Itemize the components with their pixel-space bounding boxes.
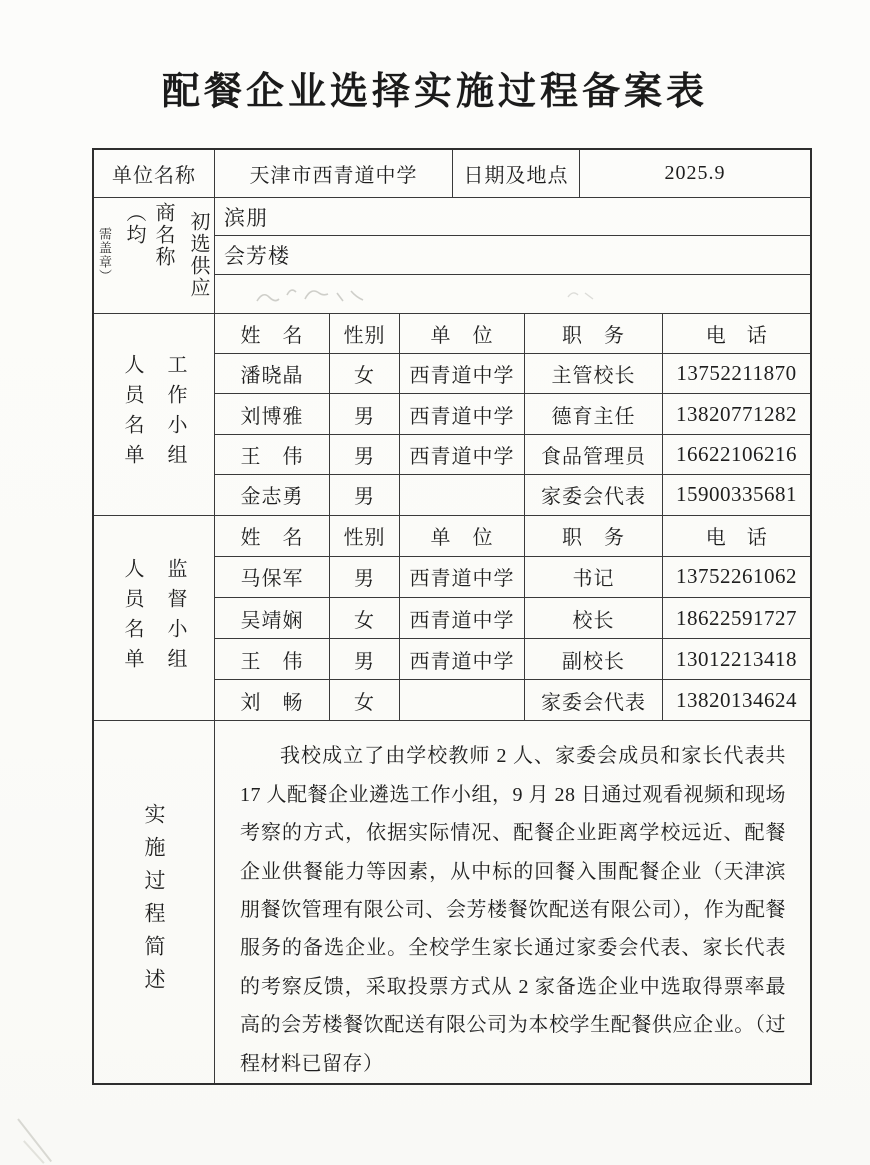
process-summary-text: 我校成立了由学校教师 2 人、家委会成员和家长代表共 17 人配餐企业遴选工作小… (240, 737, 786, 1083)
member-unit: 西青道中学 (400, 639, 525, 679)
col-header-unit: 单 位 (400, 314, 525, 353)
table-row: 金志勇 男 家委会代表 15900335681 (215, 475, 810, 514)
col-header-name: 姓 名 (215, 516, 330, 556)
member-phone: 13752261062 (663, 557, 810, 597)
col-header-duty: 职 务 (525, 516, 663, 556)
member-name: 吴靖娴 (215, 598, 330, 638)
work-group-rows: 姓 名 性别 单 位 职 务 电 话 潘晓晶 女 西青道中学 主管校长 1375… (215, 314, 810, 515)
date-place-value: 2025.9 (580, 150, 810, 197)
supplier-label-col-stamp: 需盖章） (95, 227, 114, 283)
member-duty: 家委会代表 (525, 475, 663, 514)
col-header-duty: 职 务 (525, 314, 663, 353)
col-header-unit: 单 位 (400, 516, 525, 556)
member-duty: 家委会代表 (525, 680, 663, 720)
member-duty: 副校长 (525, 639, 663, 679)
member-phone: 15900335681 (663, 475, 810, 514)
pencil-smudge-small (565, 285, 605, 303)
work-group-label: 人员名单 工作小组 (94, 314, 215, 515)
member-unit: 西青道中学 (400, 394, 525, 433)
member-unit: 西青道中学 (400, 557, 525, 597)
member-sex: 男 (330, 475, 400, 514)
page-title: 配餐企业选择实施过程备案表 (0, 60, 870, 115)
member-sex: 男 (330, 557, 400, 597)
supplier-section-label: 需盖章） 商名称（均 初选供应 (94, 198, 215, 313)
supplier-section: 需盖章） 商名称（均 初选供应 滨朋 会芳楼 (94, 198, 810, 314)
table-row: 马保军 男 西青道中学 书记 13752261062 (215, 557, 810, 598)
supervision-group-label-right: 监督小组 (161, 558, 190, 678)
col-header-phone: 电 话 (663, 314, 810, 353)
member-unit (400, 680, 525, 720)
unit-name-label: 单位名称 (94, 150, 215, 197)
member-unit: 西青道中学 (400, 354, 525, 393)
unit-row: 单位名称 天津市西青道中学 日期及地点 2025.9 (94, 150, 810, 198)
process-summary-body: 我校成立了由学校教师 2 人、家委会成员和家长代表共 17 人配餐企业遴选工作小… (215, 721, 810, 1083)
work-group-label-left: 人员名单 (118, 354, 147, 474)
supplier-rows: 滨朋 会芳楼 (215, 198, 810, 313)
member-unit (400, 475, 525, 514)
member-name: 金志勇 (215, 475, 330, 514)
member-name: 潘晓晶 (215, 354, 330, 393)
table-row: 潘晓晶 女 西青道中学 主管校长 13752211870 (215, 354, 810, 394)
member-unit: 西青道中学 (400, 435, 525, 474)
member-duty: 德育主任 (525, 394, 663, 433)
member-duty: 主管校长 (525, 354, 663, 393)
member-sex: 男 (330, 394, 400, 433)
member-sex: 女 (330, 598, 400, 638)
member-sex: 男 (330, 435, 400, 474)
process-summary-label-text: 实施过程简述 (139, 803, 169, 1001)
col-header-sex: 性别 (330, 516, 400, 556)
supplier-row-1: 滨朋 (215, 198, 810, 237)
member-phone: 13820771282 (663, 394, 810, 433)
table-row: 王 伟 男 西青道中学 副校长 13012213418 (215, 639, 810, 680)
table-row: 刘 畅 女 家委会代表 13820134624 (215, 680, 810, 720)
supervision-group-section: 人员名单 监督小组 姓 名 性别 单 位 职 务 电 话 马保军 男 西青道中学… (94, 516, 810, 722)
member-name: 王 伟 (215, 639, 330, 679)
date-place-label: 日期及地点 (453, 150, 580, 197)
process-summary-section: 实施过程简述 我校成立了由学校教师 2 人、家委会成员和家长代表共 17 人配餐… (94, 721, 810, 1083)
supplier-row-3-empty (215, 275, 810, 313)
member-name: 王 伟 (215, 435, 330, 474)
col-header-phone: 电 话 (663, 516, 810, 556)
process-summary-label: 实施过程简述 (94, 721, 215, 1083)
member-name: 刘博雅 (215, 394, 330, 433)
work-group-label-right: 工作小组 (161, 354, 190, 474)
member-phone: 13752211870 (663, 354, 810, 393)
table-row: 王 伟 男 西青道中学 食品管理员 16622106216 (215, 435, 810, 475)
col-header-name: 姓 名 (215, 314, 330, 353)
table-row: 刘博雅 男 西青道中学 德育主任 13820771282 (215, 394, 810, 434)
col-header-sex: 性别 (330, 314, 400, 353)
unit-name-value: 天津市西青道中学 (215, 150, 453, 197)
supplier-label-col-middle: 商名称（均 (120, 202, 178, 309)
member-phone: 13012213418 (663, 639, 810, 679)
supervision-group-label: 人员名单 监督小组 (94, 516, 215, 721)
member-phone: 13820134624 (663, 680, 810, 720)
supervision-header-row: 姓 名 性别 单 位 职 务 电 话 (215, 516, 810, 557)
member-duty: 书记 (525, 557, 663, 597)
pencil-smudge (253, 281, 383, 309)
member-name: 马保军 (215, 557, 330, 597)
supplier-row-2: 会芳楼 (215, 236, 810, 275)
member-unit: 西青道中学 (400, 598, 525, 638)
paper-fold-mark (17, 1118, 52, 1162)
work-group-header-row: 姓 名 性别 单 位 职 务 电 话 (215, 314, 810, 354)
member-sex: 男 (330, 639, 400, 679)
member-phone: 18622591727 (663, 598, 810, 638)
supervision-group-label-left: 人员名单 (118, 558, 147, 678)
member-name: 刘 畅 (215, 680, 330, 720)
table-row: 吴靖娴 女 西青道中学 校长 18622591727 (215, 598, 810, 639)
member-phone: 16622106216 (663, 435, 810, 474)
work-group-section: 人员名单 工作小组 姓 名 性别 单 位 职 务 电 话 潘晓晶 女 西青道中学… (94, 314, 810, 516)
member-duty: 食品管理员 (525, 435, 663, 474)
member-duty: 校长 (525, 598, 663, 638)
member-sex: 女 (330, 680, 400, 720)
member-sex: 女 (330, 354, 400, 393)
scanned-form-page: 配餐企业选择实施过程备案表 单位名称 天津市西青道中学 日期及地点 2025.9… (0, 0, 870, 1165)
supervision-group-rows: 姓 名 性别 单 位 职 务 电 话 马保军 男 西青道中学 书记 137522… (215, 516, 810, 721)
supplier-label-col-right: 初选供应 (184, 211, 213, 299)
filing-form-table: 单位名称 天津市西青道中学 日期及地点 2025.9 需盖章） 商名称（均 初选… (92, 148, 812, 1085)
